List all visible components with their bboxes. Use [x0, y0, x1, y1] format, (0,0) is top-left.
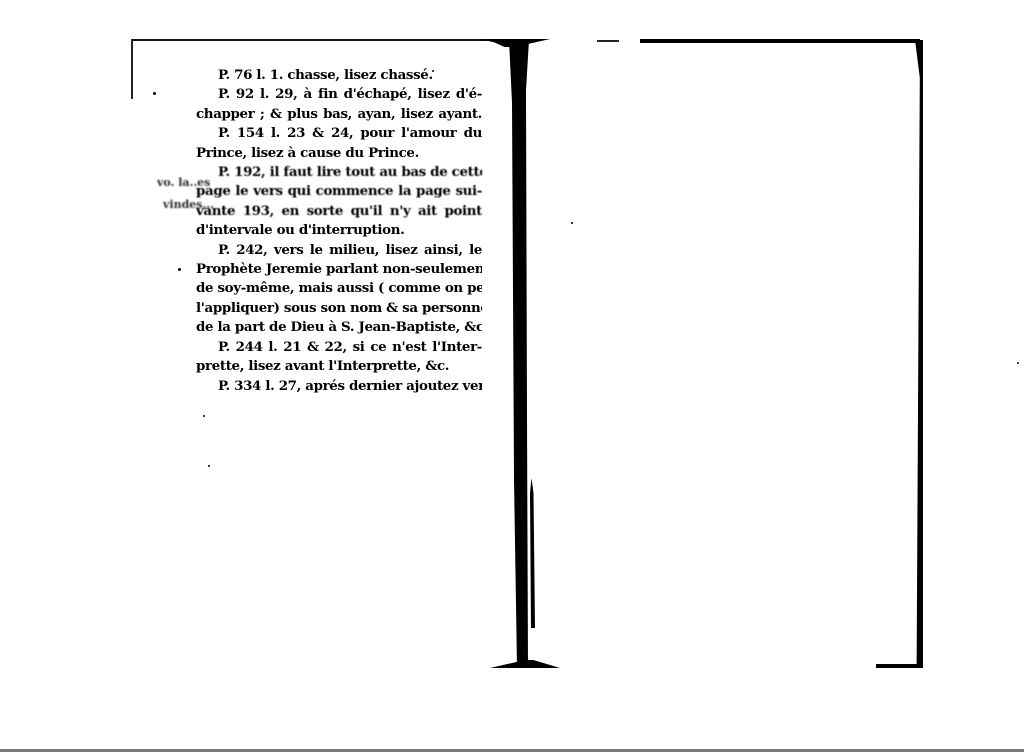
errata-line: P. 76 l. 1. chasse, lisez chassé.: [196, 66, 482, 85]
scan-speck: [1017, 362, 1019, 364]
errata-line: d'intervale ou d'interruption.: [196, 221, 482, 240]
errata-line: P. 242, vers le milieu, lisez ainsi, le: [196, 241, 482, 260]
errata-line: P. 92 l. 29, à fin d'échapé, lisez d'é-: [196, 85, 482, 104]
right-page-bottom-edge: [876, 664, 922, 668]
errata-line: P. 334 l. 27, aprés dernier ajoutez vers…: [196, 377, 482, 396]
scan-speck: [203, 415, 205, 417]
errata-line: chapper ; & plus bas, ayan, lisez ayant.: [196, 105, 482, 124]
errata-line: Prophète Jeremie parlant non-seulement: [196, 260, 482, 279]
errata-line: Prince, lisez à cause du Prince.: [196, 144, 482, 163]
errata-line: prette, lisez avant l'Interprette, &c.: [196, 357, 482, 376]
errata-line: page le vers qui commence la page sui-: [196, 182, 482, 201]
right-page-top-edge: [640, 39, 920, 43]
errata-line: de la part de Dieu à S. Jean-Baptiste, &…: [196, 318, 482, 337]
right-page-blank: [540, 45, 910, 660]
scan-speck: [153, 92, 156, 95]
scan-speck: [178, 268, 181, 271]
book-gutter-shadow: [509, 40, 529, 668]
left-page-left-edge: [131, 39, 133, 99]
errata-line: P. 244 l. 21 & 22, si ce n'est l'Inter-: [196, 338, 482, 357]
gutter-streak: [530, 478, 535, 628]
scan-speck: [208, 465, 210, 467]
errata-line: vante 193, en sorte qu'il n'y ait point: [196, 202, 482, 221]
errata-line: l'appliquer) sous son nom & sa personne,: [196, 299, 482, 318]
right-page-top-fragment: [597, 40, 619, 42]
left-page-top-edge: [131, 39, 531, 41]
gutter-foot-shadow: [490, 660, 560, 668]
errata-line: P. 192, il faut lire tout au bas de cett…: [196, 163, 482, 182]
scanned-page-spread: vo. la..es vindes... P. 76 l. 1. chasse,…: [0, 0, 1024, 750]
right-page-right-edge: [915, 40, 923, 668]
errata-line: P. 154 l. 23 & 24, pour l'amour du: [196, 124, 482, 143]
errata-line: de soy-même, mais aussi ( comme on peut: [196, 279, 482, 298]
errata-text-block: P. 76 l. 1. chasse, lisez chassé. P. 92 …: [196, 66, 482, 396]
